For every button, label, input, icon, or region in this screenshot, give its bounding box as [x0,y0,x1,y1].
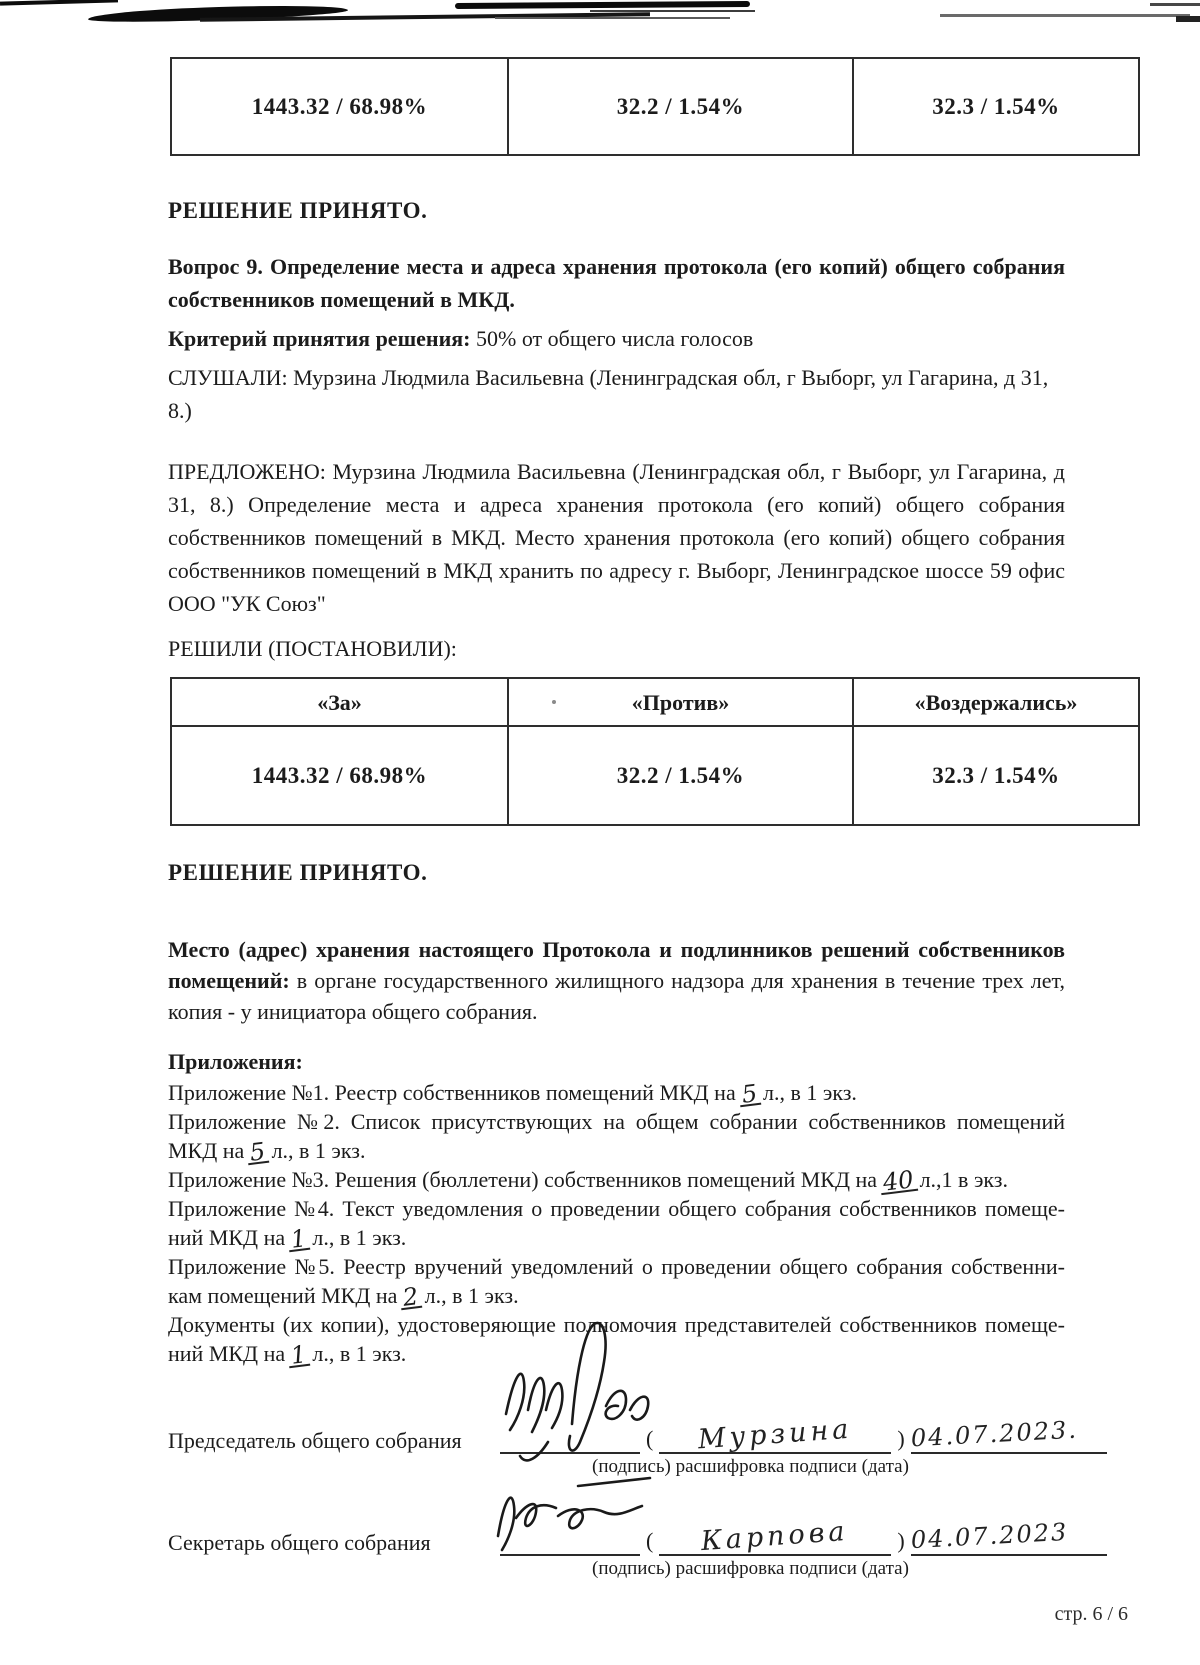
signature-caption: (подпись) расшифровка подписи (дата) [592,1456,1140,1478]
handwritten-date: 04.07.2023. [910,1416,1078,1453]
chairman-date-segment: 04.07.2023. [911,1422,1107,1454]
vote-header-vozderzhalis: «Воздержались» [853,678,1139,726]
proposed-paragraph: ПРЕДЛОЖЕНО: Мурзина Людмила Васильевна (… [168,455,1065,620]
vote-cell-protiv: 32.2 / 1.54% [508,58,853,155]
vote-value-za: 1443.32 / 68.98% [171,726,508,825]
handwritten-date: 04.07.2023 [910,1518,1069,1554]
handwritten-sheet-count: 5 [246,1141,270,1165]
attachment-text-post: л., в 1 экз. [272,1138,366,1163]
handwritten-name: Мурзина [697,1414,853,1456]
handwritten-sheet-count: 40 [879,1169,918,1195]
handwritten-sheet-count: 1 [287,1228,311,1252]
vote-cell-vozderzhalis: 32.3 / 1.54% [853,58,1139,155]
chairman-signature-field: ( Мурзина ) 04.07.2023. (подпись) расшиф… [500,1422,1140,1478]
attachment-text-post: л., в 1 экз. [312,1225,406,1250]
chairman-label: Председатель общего собрания [168,1428,500,1478]
paren-close: ) [897,1426,904,1454]
scanned-protocol-page: 1443.32 / 68.98% 32.2 / 1.54% 32.3 / 1.5… [0,0,1200,1665]
attachment-text-pre: Приложение №1. Реестр собственников поме… [168,1080,736,1105]
secretary-label: Секретарь общего собрания [168,1530,500,1580]
paren-open: ( [646,1426,653,1454]
attachment-item-3: Приложение №3. Решения (бюллетени) собст… [168,1165,1065,1194]
scan-artifact [590,10,755,12]
attachment-text-post: л., в 1 экз. [312,1341,406,1366]
attachment-text-pre: Приложение №3. Решения (бюллетени) собст… [168,1167,877,1192]
storage-paragraph: Место (адрес) хранения настоящего Проток… [168,934,1065,1027]
table-header-row: «За» «Против» «Воздержались» [171,678,1139,726]
secretary-signature-field: ( Карпова ) 04.07.2023 (подпись) расшифр… [500,1524,1140,1580]
attachments-title: Приложения: [168,1045,1065,1078]
vote-cell-za: 1443.32 / 68.98% [171,58,508,155]
signature-line: ( Карпова ) 04.07.2023 [500,1524,1140,1556]
secretary-name-segment: Карпова [659,1524,891,1556]
scan-artifact [1176,16,1200,22]
vote-value-protiv: 32.2 / 1.54% [508,726,853,825]
handwritten-sheet-count: 2 [399,1286,423,1310]
resolved-label: РЕШИЛИ (ПОСТАНОВИЛИ): [168,632,1065,665]
vote-header-za: «За» [171,678,508,726]
attachment-item-6: Документы (их копии), удостоверяющие пол… [168,1310,1065,1368]
secretary-date-segment: 04.07.2023 [911,1524,1107,1556]
signature-caption: (подпись) расшифровка подписи (дата) [592,1558,1140,1580]
secretary-signature-row: Секретарь общего собрания ( Карпова ) 04… [168,1524,1140,1580]
question-title: Вопрос 9. Определение места и адреса хра… [168,250,1065,316]
attachment-item-2: Приложение №2. Список присутствующих на … [168,1107,1065,1165]
attachment-item-4: Приложение №4. Текст уведомления о прове… [168,1194,1065,1252]
vote-results-table: «За» «Против» «Воздержались» 1443.32 / 6… [170,677,1140,826]
table-row: 1443.32 / 68.98% 32.2 / 1.54% 32.3 / 1.5… [171,58,1139,155]
handwritten-sheet-count: 1 [287,1344,311,1368]
signature-line: ( Мурзина ) 04.07.2023. [500,1422,1140,1454]
attachment-text-post: л.,1 в экз. [920,1167,1008,1192]
page-number: стр. 6 / 6 [1055,1603,1128,1626]
scan-artifact [455,1,750,9]
decision-status-1: РЕШЕНИЕ ПРИНЯТО. [168,198,1065,224]
handwritten-name: Карпова [700,1516,850,1557]
document-content: 1443.32 / 68.98% 32.2 / 1.54% 32.3 / 1.5… [168,57,1065,1368]
criteria-value: 50% от общего числа голосов [476,326,753,351]
vote-value-vozderzhalis: 32.3 / 1.54% [853,726,1139,825]
attachment-item-1: Приложение №1. Реестр собственников поме… [168,1078,1065,1107]
paren-close: ) [897,1528,904,1556]
chairman-name-segment: Мурзина [659,1422,891,1454]
scan-artifact [495,17,730,19]
storage-text: в органе государственного жилищного надз… [168,968,1065,1024]
heard-paragraph: СЛУШАЛИ: Мурзина Людмила Васильевна (Лен… [168,361,1065,427]
decision-status-2: РЕШЕНИЕ ПРИНЯТО. [168,860,1065,886]
handwritten-sheet-count: 5 [737,1083,761,1107]
scan-artifact [552,700,556,704]
vote-header-protiv: «Против» [508,678,853,726]
scan-artifact [0,0,118,6]
paren-open: ( [646,1528,653,1556]
scan-artifact [940,14,1190,17]
attachment-text-pre: Приложение №5. Реестр вручений уведомлен… [168,1254,1065,1308]
criteria-label: Критерий принятия решения: [168,326,471,351]
attachment-text-post: л., в 1 экз. [425,1283,519,1308]
vote-results-table-top: 1443.32 / 68.98% 32.2 / 1.54% 32.3 / 1.5… [170,57,1140,156]
attachment-item-5: Приложение №5. Реестр вручений уведомлен… [168,1252,1065,1310]
chairman-signature-row: Председатель общего собрания ( Мурзина )… [168,1422,1140,1478]
signature-stroke-area [500,1524,640,1556]
attachment-text-post: л., в 1 экз. [763,1080,857,1105]
signature-stroke-area [500,1422,640,1454]
scan-artifact [1150,3,1200,6]
criteria-line: Критерий принятия решения: 50% от общего… [168,322,1065,355]
table-row: 1443.32 / 68.98% 32.2 / 1.54% 32.3 / 1.5… [171,726,1139,825]
